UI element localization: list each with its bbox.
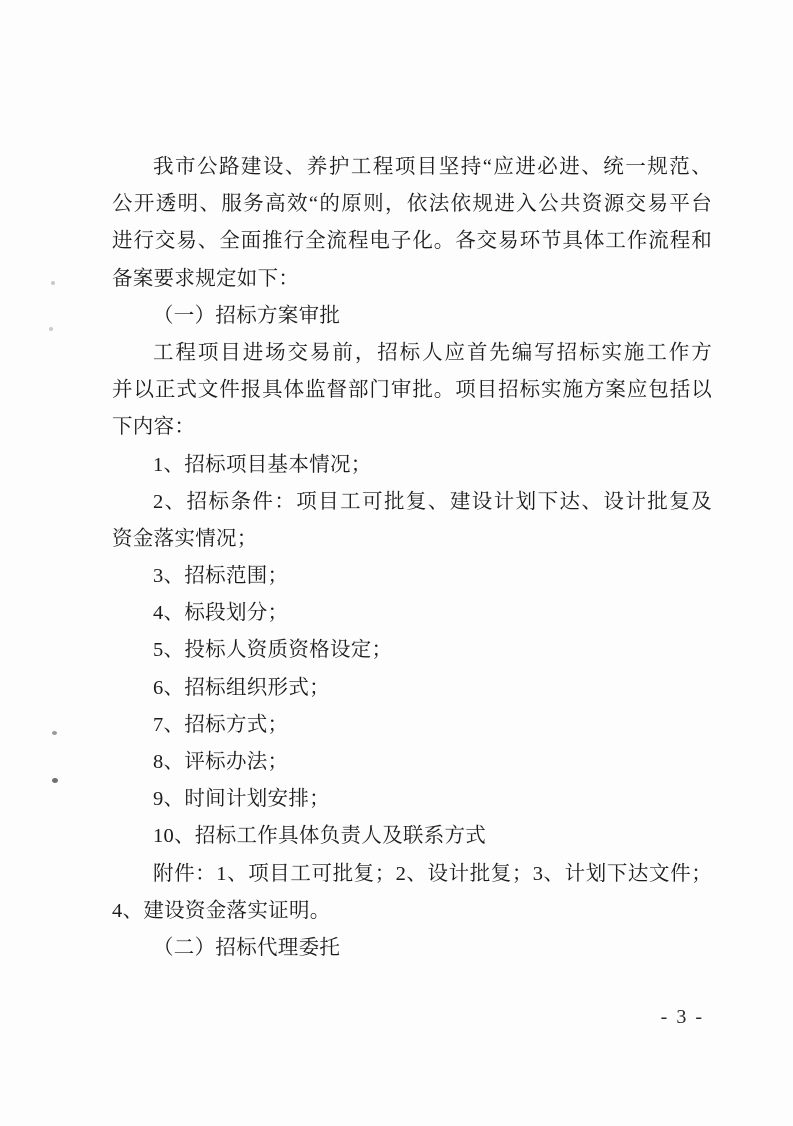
page-number: - 3 - — [661, 1006, 704, 1029]
list-item: 7、招标方式； — [112, 707, 712, 744]
scan-speck — [52, 778, 58, 783]
section-heading: （二）招标代理委托 — [112, 930, 712, 967]
scan-speck — [49, 327, 53, 331]
doc-line: 工程项目进场交易前，招标人应首先编写招标实施工作方案， — [112, 335, 712, 372]
list-item-continuation: 资金落实情况； — [112, 521, 712, 558]
list-item: 2、招标条件：项目工可批复、建设计划下达、设计批复及 — [112, 484, 712, 521]
doc-line: 备案要求规定如下： — [112, 261, 712, 298]
list-item: 3、招标范围； — [112, 558, 712, 595]
doc-line: 并以正式文件报具体监督部门审批。项目招标实施方案应包括以 — [112, 372, 712, 409]
scan-speck — [52, 731, 57, 735]
list-item: 8、评标办法； — [112, 744, 712, 781]
list-item: 9、时间计划安排； — [112, 781, 712, 818]
attachment-note-continuation: 4、建设资金落实证明。 — [112, 893, 712, 930]
doc-line: 公开透明、服务高效“的原则，依法依规进入公共资源交易平台 — [112, 186, 712, 223]
scan-speck — [51, 281, 55, 285]
doc-line: 我市公路建设、养护工程项目坚持“应进必进、统一规范、 — [112, 149, 712, 186]
attachment-note: 附件：1、项目工可批复；2、设计批复；3、计划下达文件； — [112, 856, 712, 893]
list-item: 10、招标工作具体负责人及联系方式 — [112, 818, 712, 855]
list-item: 5、投标人资质资格设定； — [112, 632, 712, 669]
document-text-block: 我市公路建设、养护工程项目坚持“应进必进、统一规范、 公开透明、服务高效“的原则… — [112, 149, 712, 967]
doc-line: 进行交易、全面推行全流程电子化。各交易环节具体工作流程和 — [112, 223, 712, 260]
doc-line: 下内容： — [112, 409, 712, 446]
list-item: 6、招标组织形式； — [112, 670, 712, 707]
scanned-document-page: 我市公路建设、养护工程项目坚持“应进必进、统一规范、 公开透明、服务高效“的原则… — [0, 0, 793, 1126]
list-item: 4、标段划分； — [112, 595, 712, 632]
list-item: 1、招标项目基本情况； — [112, 447, 712, 484]
section-heading: （一）招标方案审批 — [112, 298, 712, 335]
